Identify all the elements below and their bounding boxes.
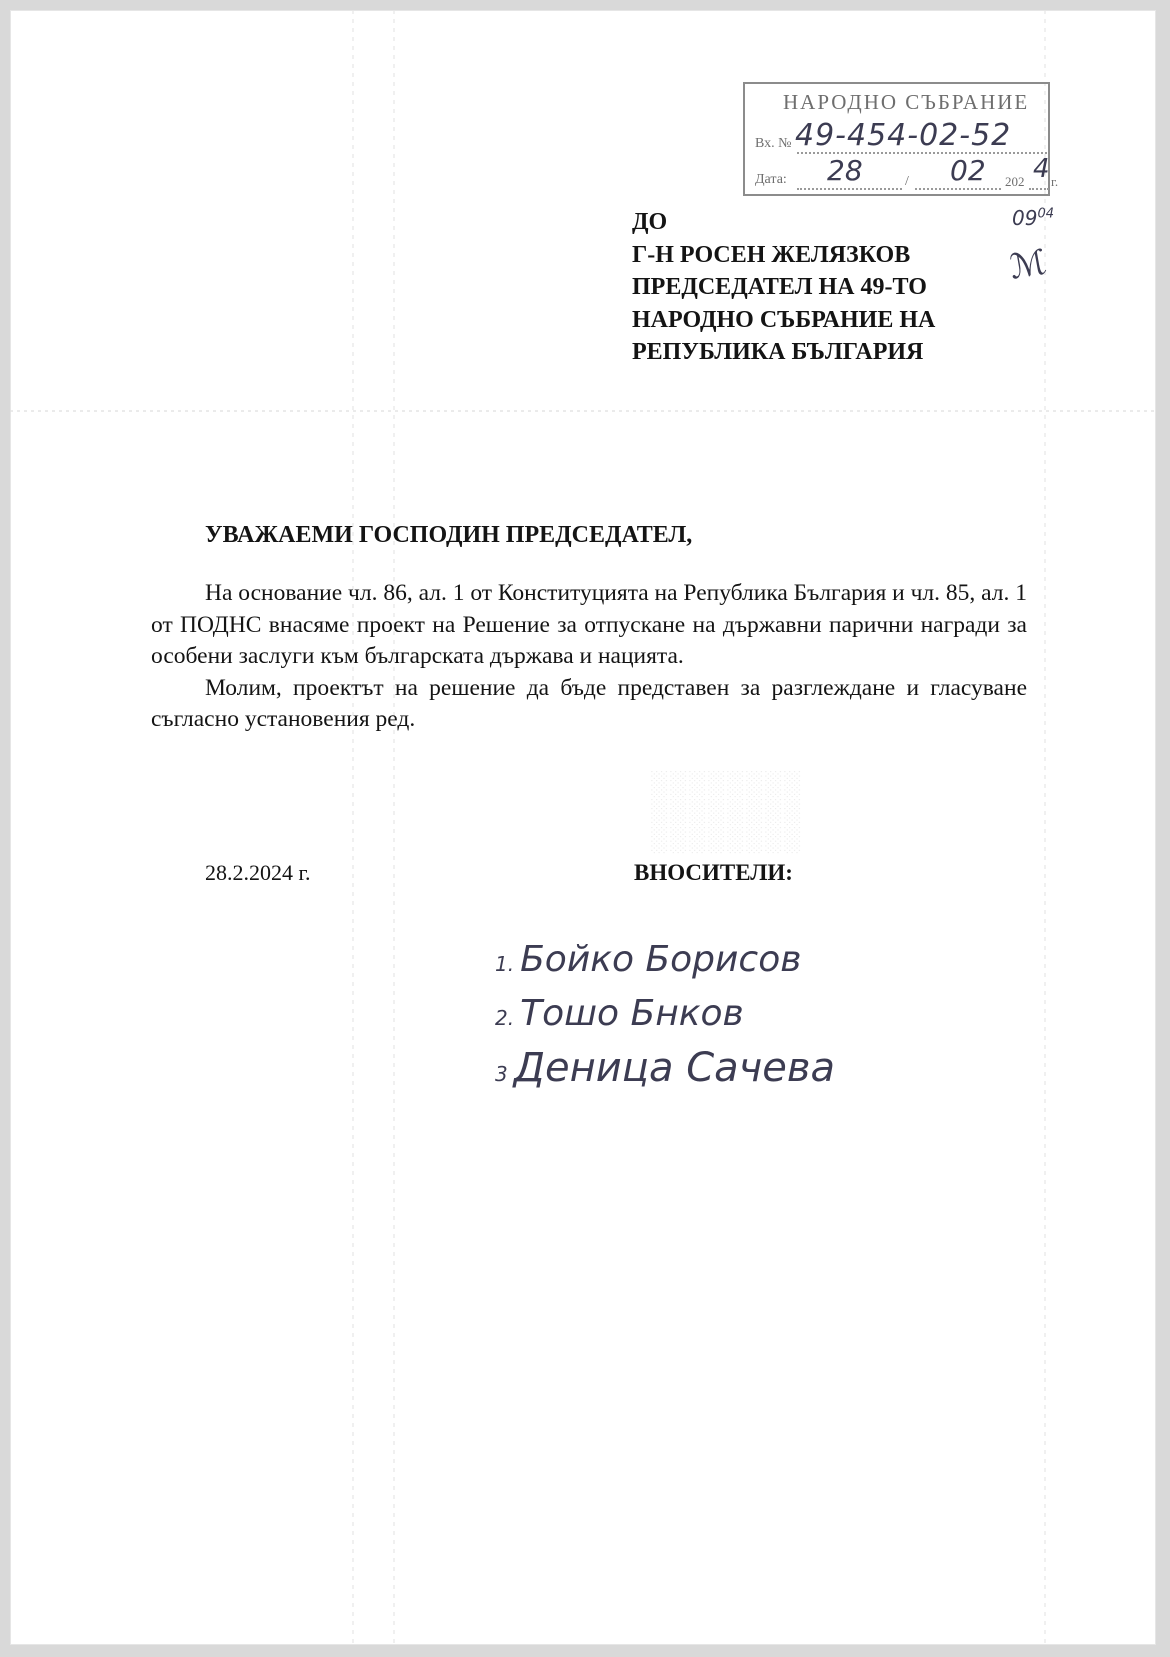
submitters-label: ВНОСИТЕЛИ:	[634, 860, 793, 886]
body-paragraph: Молим, проектът на решение да бъде предс…	[151, 673, 1027, 736]
signature-name: Деница Сачева	[514, 1045, 835, 1091]
body-paragraph: На основание чл. 86, ал. 1 от Конституци…	[151, 578, 1027, 673]
document-page: ░░░░░░░░ ░░░░░░░░ ░░░░░░░░	[10, 10, 1156, 1645]
handwritten-time-note: 0904	[1012, 206, 1054, 230]
salutation: УВАЖАЕМИ ГОСПОДИН ПРЕДСЕДАТЕЛ,	[205, 522, 692, 549]
time-hours: 09	[1012, 206, 1037, 230]
scan-fold-line	[352, 10, 354, 1645]
scan-fold-line	[10, 410, 1156, 412]
handwritten-initials: ℳ	[1007, 242, 1050, 288]
stamp-date-label: Дата:	[755, 172, 787, 187]
letter-body: На основание чл. 86, ал. 1 от Конституци…	[151, 578, 1027, 736]
dotted-line	[915, 188, 1001, 190]
bleed-through-text: ░░░░░░░░ ░░░░░░░░ ░░░░░░░░	[650, 770, 970, 854]
addressee-line: РЕПУБЛИКА БЪЛГАРИЯ	[632, 336, 935, 369]
time-minutes: 04	[1037, 206, 1054, 221]
stamp-date-separator: /	[905, 174, 909, 190]
dotted-line	[797, 188, 902, 190]
signature-name: Бойко Борисов	[520, 939, 801, 980]
addressee-block: ДО Г-Н РОСЕН ЖЕЛЯЗКОВ ПРЕДСЕДАТЕЛ НА 49-…	[632, 206, 935, 369]
stamp-institution: НАРОДНО СЪБРАНИЕ	[783, 90, 1029, 115]
signature-item: 3Деница Сачева	[495, 1043, 835, 1099]
scan-fold-line	[393, 10, 395, 1645]
stamp-incoming-label: Вх. №	[755, 136, 792, 151]
stamp-incoming-number: 49-454-02-52	[795, 118, 1011, 153]
signature-number: 1.	[495, 952, 514, 976]
signature-list: 1.Бойко Борисов 2.Тошо Бнков 3Деница Сач…	[495, 935, 835, 1099]
letter-date: 28.2.2024 г.	[205, 860, 311, 886]
dotted-line	[1029, 188, 1049, 190]
signature-item: 2.Тошо Бнков	[495, 989, 835, 1043]
stamp-date-row: Дата: 28 / 02 202 4 г.	[755, 172, 787, 188]
signature-item: 1.Бойко Борисов	[495, 935, 835, 989]
addressee-line: НАРОДНО СЪБРАНИЕ НА	[632, 304, 935, 337]
signature-name: Тошо Бнков	[520, 993, 744, 1034]
signature-number: 3	[495, 1062, 508, 1086]
stamp-day: 28	[827, 154, 863, 187]
registration-stamp: НАРОДНО СЪБРАНИЕ Вх. № 49-454-02-52 Дата…	[743, 82, 1050, 196]
stamp-year-suffix: 4	[1033, 154, 1050, 184]
addressee-line: Г-Н РОСЕН ЖЕЛЯЗКОВ	[632, 239, 935, 272]
addressee-line: ДО	[632, 206, 935, 239]
stamp-month: 02	[950, 154, 986, 187]
stamp-incoming-row: Вх. № 49-454-02-52	[755, 136, 792, 152]
stamp-year-prefix: 202	[1005, 174, 1025, 190]
stamp-year-unit: г.	[1051, 174, 1058, 190]
addressee-line: ПРЕДСЕДАТЕЛ НА 49-ТО	[632, 271, 935, 304]
signature-number: 2.	[495, 1006, 514, 1030]
